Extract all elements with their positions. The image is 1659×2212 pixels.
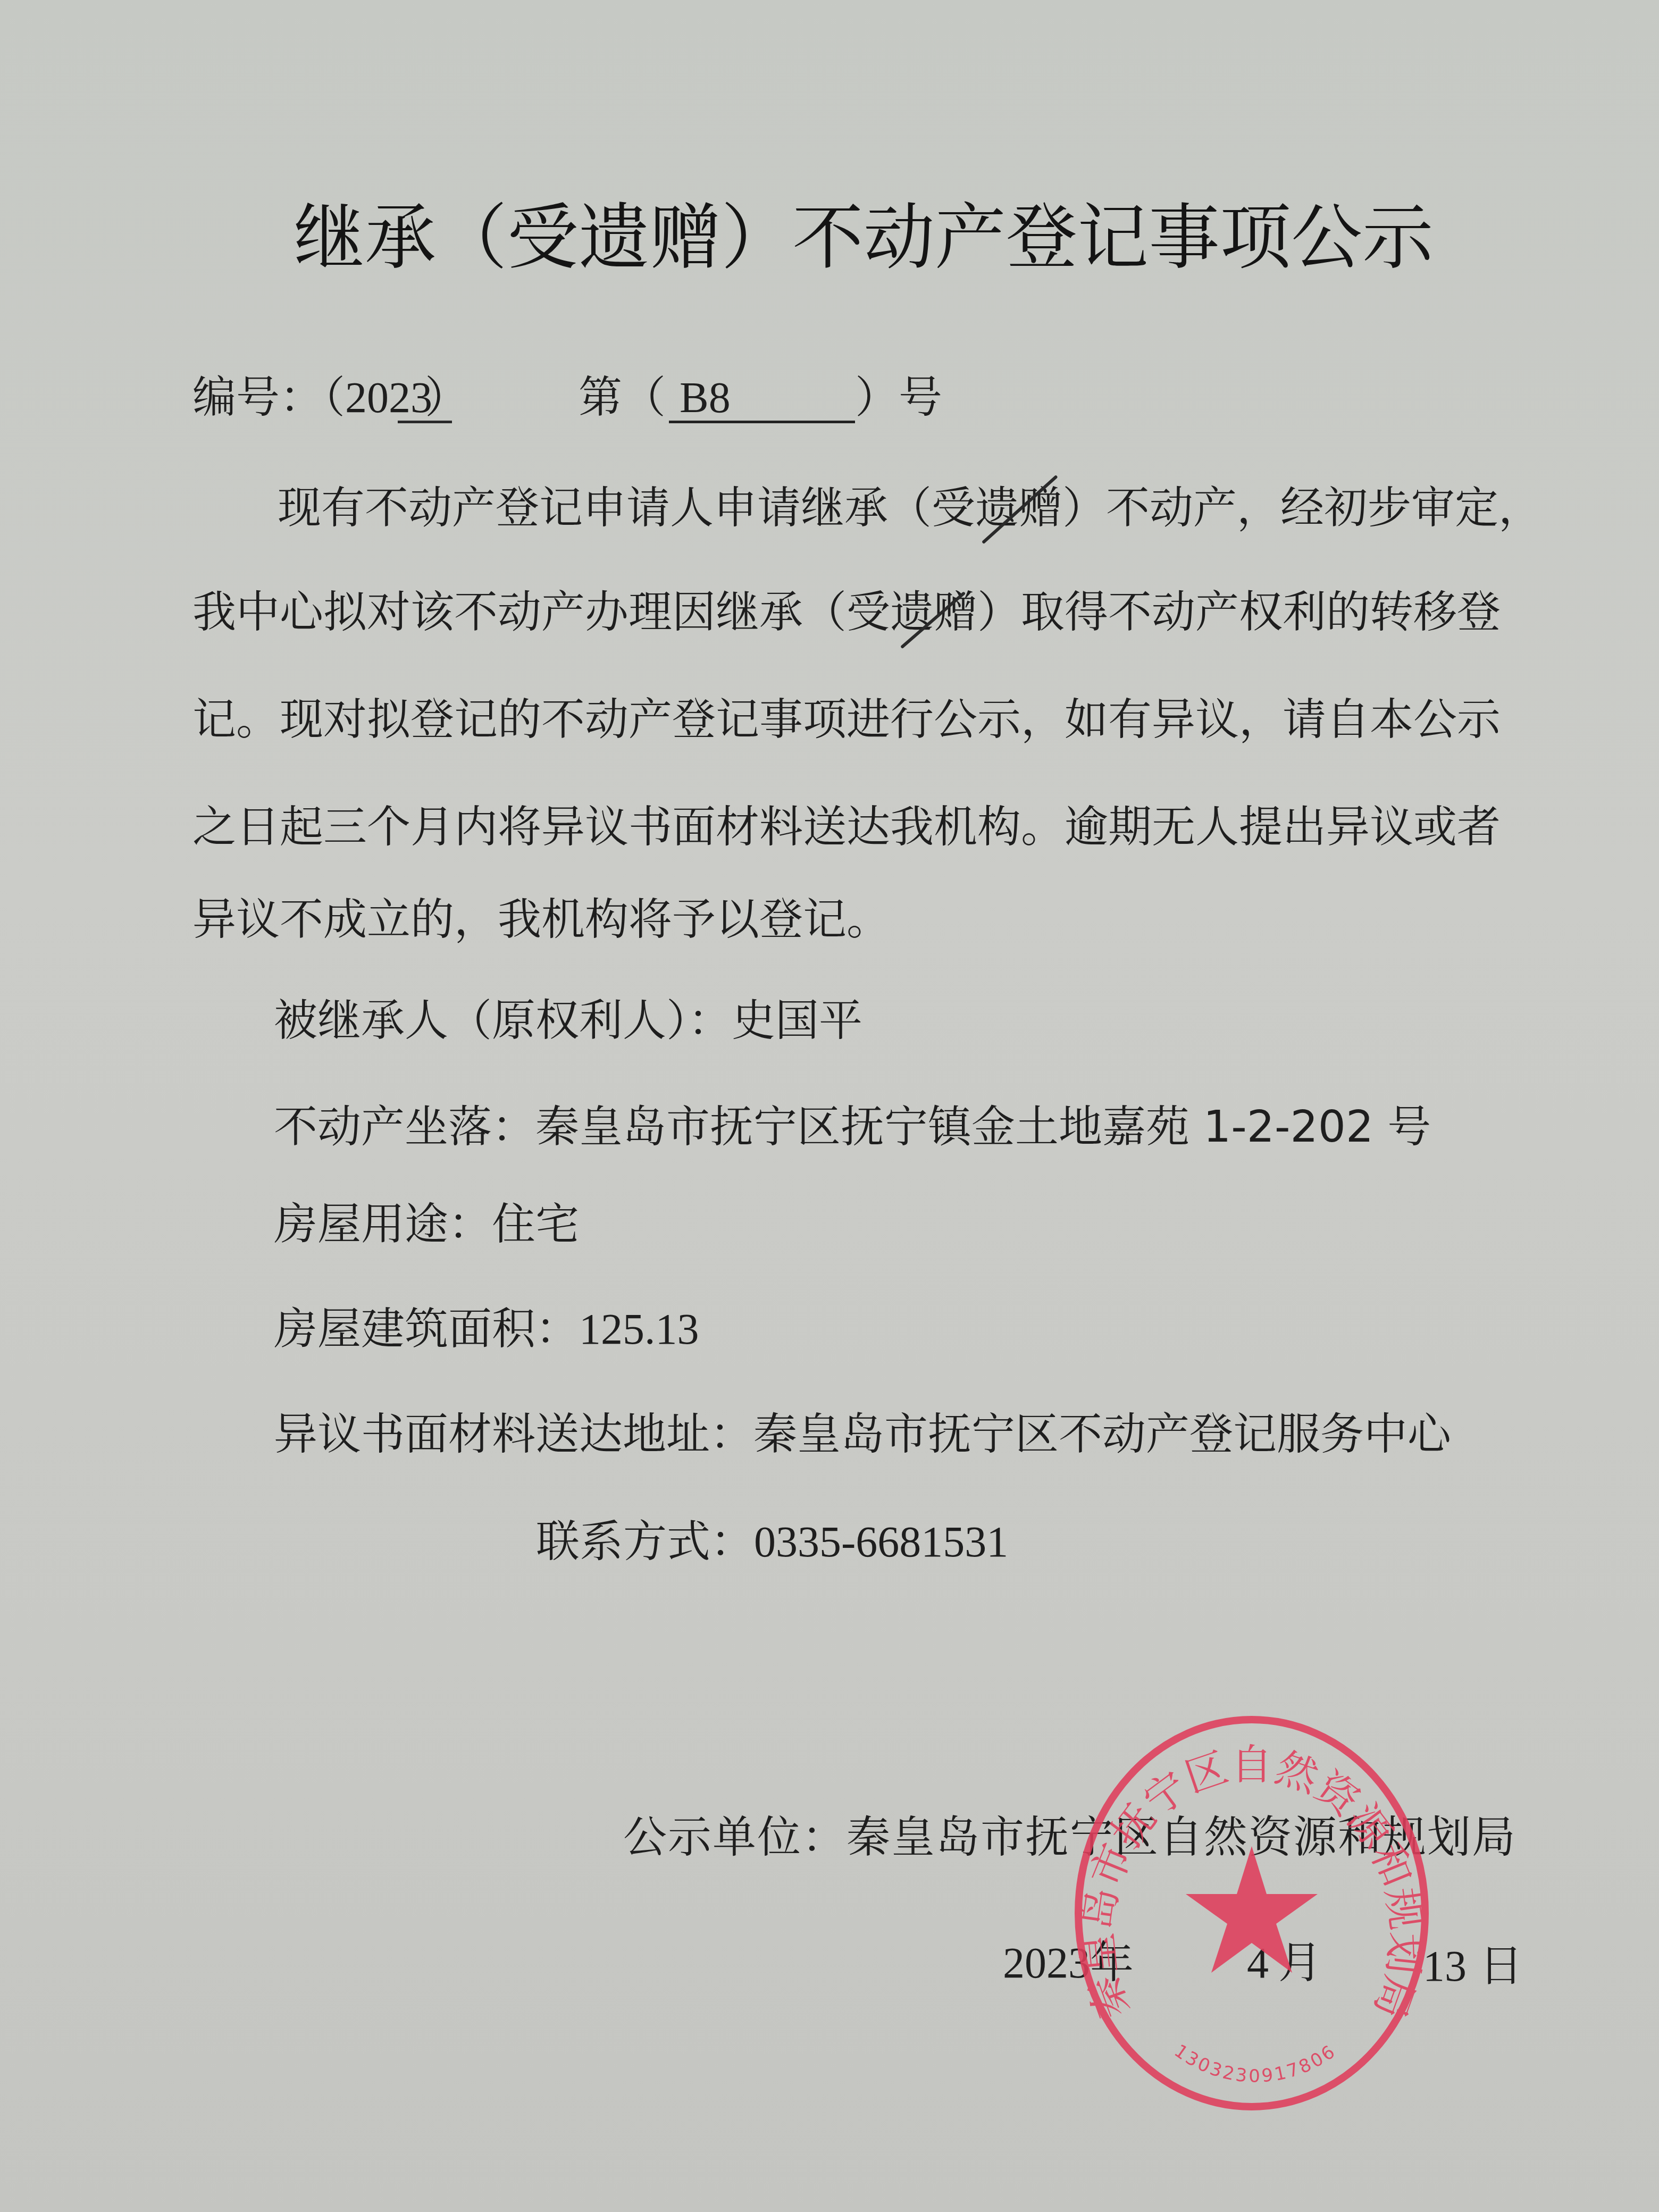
paragraph-line-3: 记。现对拟登记的不动产登记事项进行公示，如有异议，请自本公示 [192, 694, 1501, 745]
field-value: 住宅 [492, 1199, 579, 1250]
date-day-unit: 日 [1479, 1941, 1523, 1991]
serial-number-line: 编号：（2023） [192, 372, 468, 423]
signature-label: 公示单位： [623, 1812, 847, 1863]
field-label: 被继承人（原权利人）： [274, 995, 732, 1046]
field-value: 秦皇岛市抚宁区抚宁镇金土地嘉苑 1-2-202 号 [535, 1102, 1431, 1152]
date-line: 2023年 [1003, 1938, 1134, 1989]
field-property-location: 不动产坐落：秦皇岛市抚宁区抚宁镇金土地嘉苑 1-2-202 号 [274, 1102, 1431, 1153]
field-label: 房屋建筑面积： [274, 1304, 579, 1354]
field-floor-area: 房屋建筑面积：125.13 [274, 1304, 699, 1355]
field-decedent: 被继承人（原权利人）：史国平 [274, 995, 862, 1046]
date-year-unit: 年 [1090, 1938, 1134, 1988]
date-year: 2023 [1003, 1939, 1090, 1987]
serial-seq-suffix: ）号 [855, 372, 942, 423]
date-day-group: 13日 [1423, 1941, 1523, 1992]
date-month-group: 4月 [1247, 1938, 1322, 1989]
serial-seq-value: B8 [669, 375, 855, 423]
field-value: 125.13 [579, 1305, 699, 1353]
serial-year: 2023 [345, 375, 425, 421]
paragraph-line-4: 之日起三个月内将异议书面材料送达我机构。逾期无人提出异议或者 [192, 802, 1501, 853]
serial-close: ） [425, 372, 468, 423]
paragraph-line-2: 我中心拟对该不动产办理因继承（受遗赠）取得不动产权利的转移登 [192, 587, 1501, 638]
paragraph-line-1: 现有不动产登记申请人申请继承（受遗赠）不动产，经初步审定， [278, 483, 1542, 534]
field-label: 房屋用途： [274, 1199, 492, 1250]
field-objection-address: 异议书面材料送达地址：秦皇岛市抚宁区不动产登记服务中心 [274, 1409, 1451, 1460]
field-label: 联系方式： [536, 1516, 754, 1567]
field-value: 0335-6681531 [754, 1518, 1008, 1566]
field-label: 不动产坐落： [274, 1102, 535, 1152]
field-label: 异议书面材料送达地址： [274, 1409, 753, 1460]
document-title: 继承（受遗赠）不动产登记事项公示 [294, 198, 1434, 278]
date-month: 4 [1247, 1939, 1269, 1987]
serial-label: 编号：（ [192, 372, 345, 423]
paragraph-line-5: 异议不成立的，我机构将予以登记。 [192, 894, 890, 945]
serial-year-underline [398, 421, 452, 423]
field-value: 秦皇岛市抚宁区不动产登记服务中心 [753, 1409, 1451, 1460]
date-month-unit: 月 [1278, 1938, 1322, 1988]
field-value: 史国平 [732, 995, 862, 1046]
signature-org: 秦皇岛市抚宁区自然资源和规划局 [847, 1812, 1516, 1863]
serial-seq-prefix: 第（ [579, 372, 666, 423]
date-day: 13 [1423, 1942, 1467, 1990]
field-house-use: 房屋用途：住宅 [274, 1199, 579, 1250]
signature-line: 公示单位：秦皇岛市抚宁区自然资源和规划局 [623, 1812, 1516, 1863]
field-contact: 联系方式：0335-6681531 [536, 1516, 1008, 1568]
serial-seq-line: 第（B8）号 [579, 372, 942, 423]
